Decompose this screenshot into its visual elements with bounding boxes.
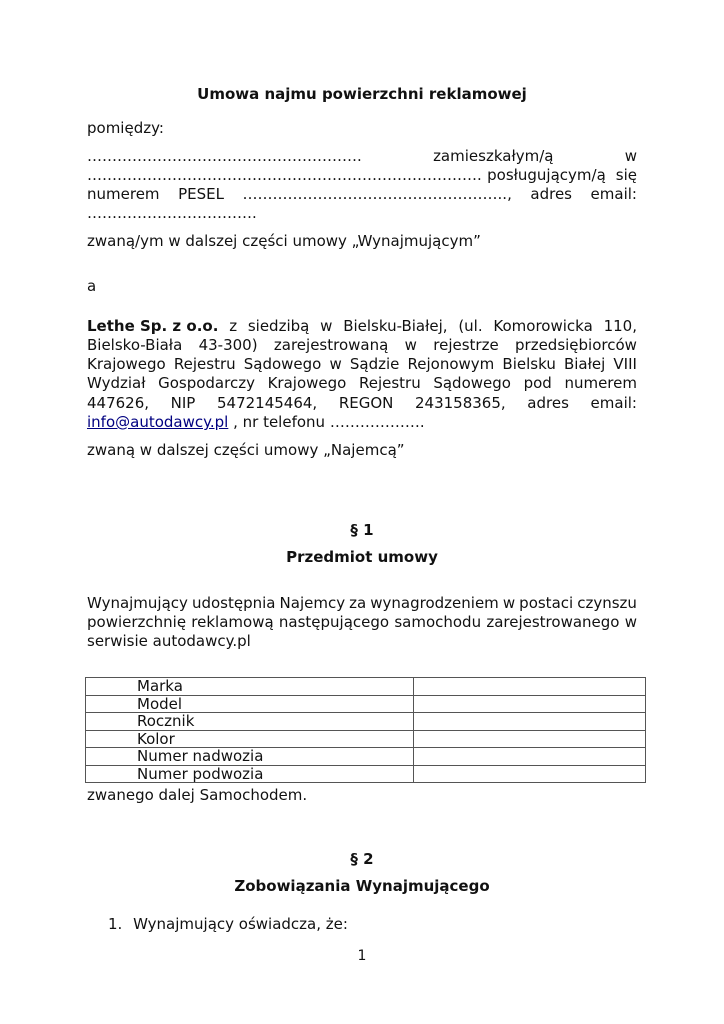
between-label: pomiędzy:	[87, 118, 637, 138]
text: samochodu	[394, 612, 481, 632]
table-row: Rocznik	[86, 713, 646, 731]
row-value[interactable]	[414, 765, 646, 783]
party1-designation: zwaną/ym w dalszej części umowy „Wynajmu…	[87, 231, 637, 251]
document-page: Umowa najmu powierzchni reklamowej pomię…	[0, 0, 724, 1024]
text: 5472145464,	[217, 393, 317, 413]
text: rejestrze	[433, 335, 498, 355]
section1-para-line2: powierzchnię reklamową następującego sam…	[87, 612, 637, 632]
row-value[interactable]	[414, 713, 646, 731]
text: z	[229, 316, 237, 336]
row-label: Marka	[86, 678, 414, 696]
text: adres	[527, 393, 569, 413]
blank-name: ……………………………………………….	[87, 146, 362, 166]
text: 110,	[604, 316, 637, 336]
text: Gospodarczy	[158, 373, 255, 393]
text: wynagrodzeniem	[370, 593, 499, 613]
section2-number: § 2	[0, 849, 724, 869]
text: numerem	[564, 373, 637, 393]
party2-line4: Wydział Gospodarczy Krajowego Rejestru S…	[87, 373, 637, 393]
table-row: Kolor	[86, 730, 646, 748]
phone-text: , nr telefonu ……………….	[228, 413, 424, 431]
row-label: Kolor	[86, 730, 414, 748]
document-title: Umowa najmu powierzchni reklamowej	[0, 84, 724, 104]
text: udostępnia	[192, 593, 276, 613]
text: 43-300)	[199, 335, 258, 355]
text: zarejestrowanego	[486, 612, 619, 632]
text: Bielsko-Biała	[87, 335, 182, 355]
party2-designation: zwaną w dalszej części umowy „Najemcą”	[87, 440, 637, 460]
list-number: 1.	[108, 915, 122, 933]
text: w	[320, 316, 332, 336]
text: Sądowego	[244, 354, 322, 374]
row-label: Numer podwozia	[86, 765, 414, 783]
section1-number: § 1	[0, 520, 724, 540]
text: numerem	[87, 184, 160, 204]
text: 243158365,	[415, 393, 506, 413]
blank-address: …………………………………………………………………….	[87, 165, 482, 185]
text: reklamową	[191, 612, 273, 632]
company-name: Lethe Sp. z o.o.	[87, 316, 218, 336]
text: pod	[524, 373, 552, 393]
table-row: Model	[86, 695, 646, 713]
row-value[interactable]	[414, 730, 646, 748]
row-label: Model	[86, 695, 414, 713]
row-label: Numer nadwozia	[86, 748, 414, 766]
after-table-text: zwanego dalej Samochodem.	[87, 785, 637, 805]
list-text: Wynajmujący oświadcza, że:	[133, 915, 348, 933]
text: NIP	[171, 393, 196, 413]
party1-line1: ………………………………………………. zamieszkałym/ą w	[87, 146, 637, 166]
party2-line6: info@autodawcy.pl , nr telefonu ……………….	[87, 412, 637, 432]
text: powierzchnię	[87, 612, 186, 632]
section1-heading: Przedmiot umowy	[0, 547, 724, 567]
row-label: Rocznik	[86, 713, 414, 731]
text: czynszu	[577, 593, 637, 613]
text: następującego	[279, 612, 389, 632]
text: siedzibą	[248, 316, 310, 336]
text: w	[405, 335, 417, 355]
page-number: 1	[0, 948, 724, 964]
section2-heading: Zobowiązania Wynajmującego	[0, 876, 724, 896]
section1-para-line1: Wynajmujący udostępnia Najemcy za wynagr…	[87, 593, 637, 613]
text: Rejestru	[174, 354, 236, 374]
text: email:	[591, 393, 637, 413]
table-row: Numer nadwozia	[86, 748, 646, 766]
blank-pesel: ……………………………………………..,	[243, 184, 512, 204]
party1-line3: numerem PESEL …………………………………………….., adres…	[87, 184, 637, 204]
section1-para-line3: serwisie autodawcy.pl	[87, 631, 637, 651]
text: Komorowicka	[493, 316, 592, 336]
blank-email: …………………………….	[87, 203, 637, 223]
row-value[interactable]	[414, 748, 646, 766]
text: Bielsku	[502, 354, 555, 374]
text: PESEL	[178, 184, 224, 204]
text: Sądowego	[433, 373, 511, 393]
row-value[interactable]	[414, 678, 646, 696]
text: w	[503, 593, 515, 613]
party2-line3: Krajowego Rejestru Sądowego w Sądzie Rej…	[87, 354, 637, 374]
text: się	[616, 165, 637, 185]
text: Rejonowym	[408, 354, 495, 374]
text: Rejestru	[359, 373, 421, 393]
text: Krajowego	[87, 354, 166, 374]
table-row: Numer podwozia	[86, 765, 646, 783]
row-value[interactable]	[414, 695, 646, 713]
text: posługującym/ą	[487, 165, 606, 185]
section2-item1: 1. Wynajmujący oświadcza, że:	[108, 914, 658, 934]
text: zarejestrowaną	[274, 335, 388, 355]
table-row: Marka	[86, 678, 646, 696]
text: 447626,	[87, 393, 149, 413]
text: zamieszkałym/ą	[433, 146, 553, 166]
text: adres	[530, 184, 572, 204]
text: postaci	[519, 593, 573, 613]
text: Białej	[564, 354, 605, 374]
party2-line5: 447626, NIP 5472145464, REGON 243158365,…	[87, 393, 637, 413]
text: VIII	[613, 354, 637, 374]
text: (ul.	[458, 316, 482, 336]
text: w	[329, 354, 341, 374]
car-details-table: Marka Model Rocznik Kolor Numer nadwozia…	[85, 677, 646, 783]
text: w	[625, 146, 637, 166]
text: przedsiębiorców	[515, 335, 637, 355]
conjunction: a	[87, 276, 637, 296]
text: za	[349, 593, 366, 613]
text: w	[625, 612, 637, 632]
text: Wynajmujący	[87, 593, 188, 613]
text: Wydział	[87, 373, 145, 393]
text: Bielsku-Białej,	[343, 316, 447, 336]
party1-line2: ……………………………………………………………………. posługującym…	[87, 165, 637, 185]
text: REGON	[339, 393, 394, 413]
party2-line1: Lethe Sp. z o.o. z siedzibą w Bielsku-Bi…	[87, 316, 637, 336]
text: Sądzie	[350, 354, 400, 374]
text: email:	[591, 184, 637, 204]
party2-line2: Bielsko-Biała 43-300) zarejestrowaną w r…	[87, 335, 637, 355]
text: Krajowego	[268, 373, 347, 393]
email-link[interactable]: info@autodawcy.pl	[87, 413, 228, 431]
text: Najemcy	[280, 593, 346, 613]
